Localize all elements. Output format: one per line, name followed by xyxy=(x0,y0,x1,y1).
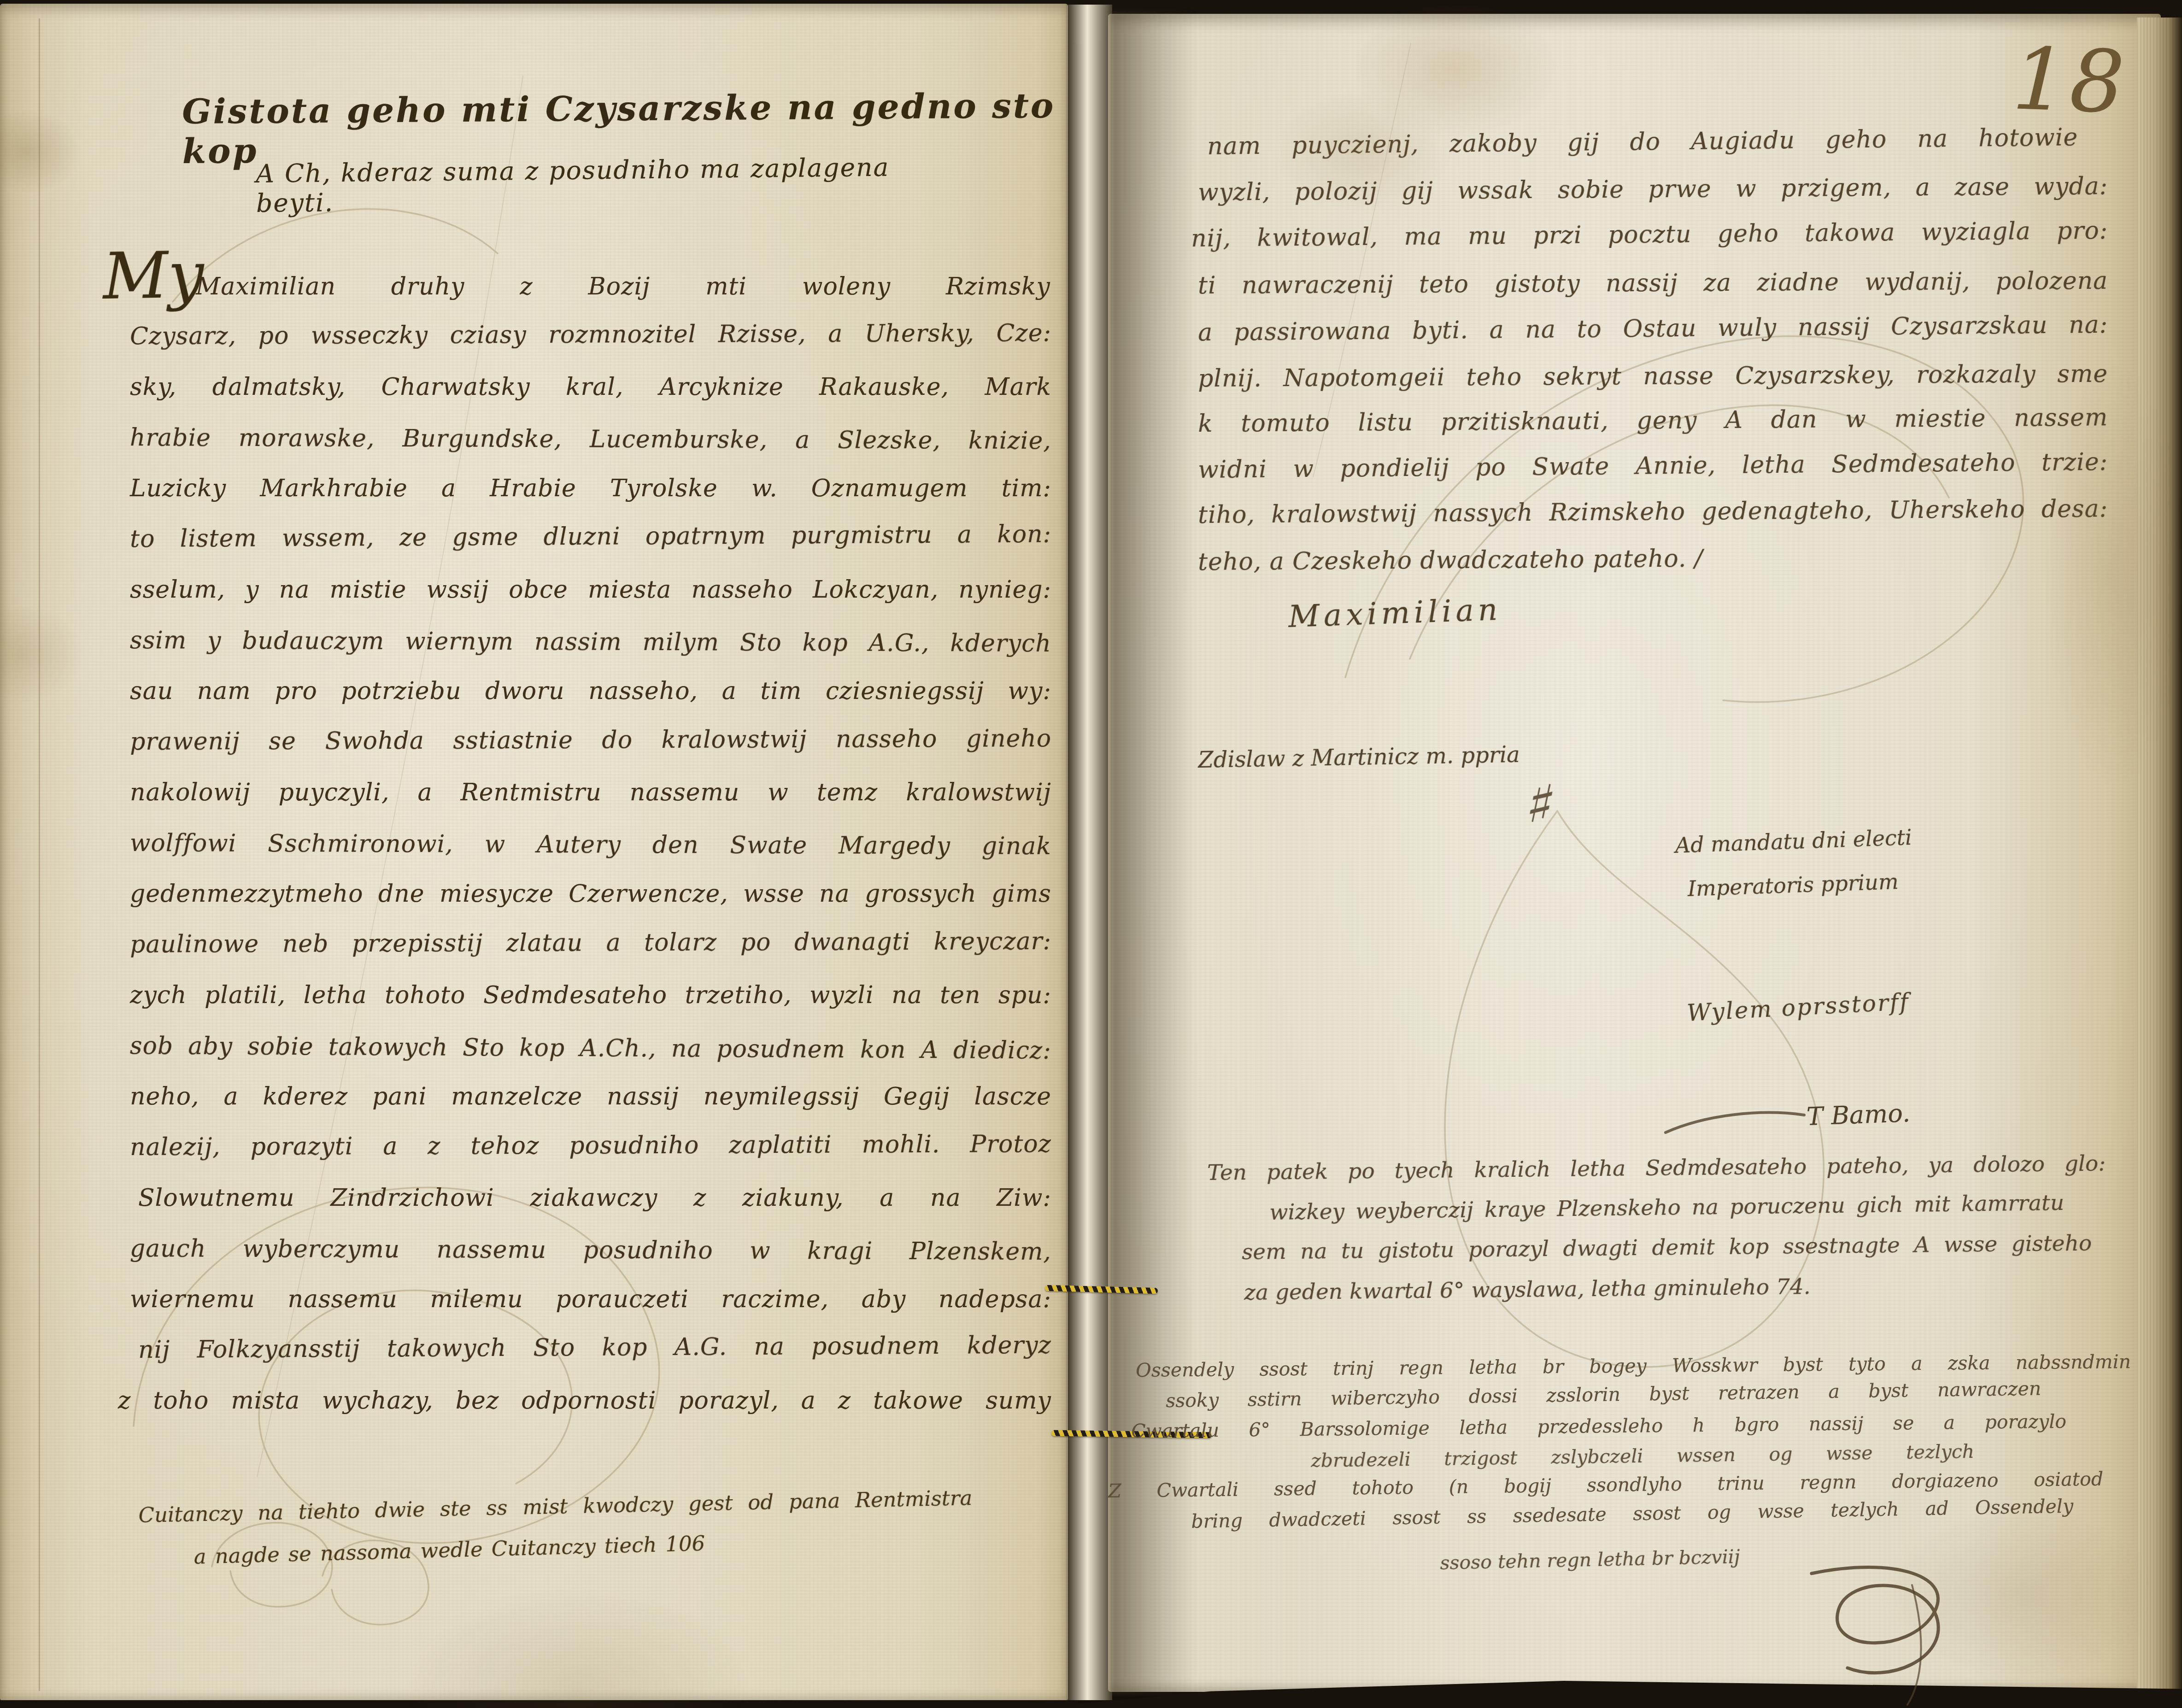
body-line: neho, a kderez pani manzelcze nassij ney… xyxy=(130,1083,1051,1110)
body-line: Slowutnemu Zindrzichowi ziakawczy z ziak… xyxy=(138,1184,1051,1212)
body-line: ssim y budauczym wiernym nassim milym St… xyxy=(130,627,1051,657)
body-line: z toho mista wychazy, bez odpornosti por… xyxy=(118,1387,1051,1415)
body-line: to listem wssem, ze gsme dluzni opatrnym… xyxy=(130,521,1051,553)
body-line: sau nam pro potrziebu dworu nasseho, a t… xyxy=(130,677,1051,705)
page-fore-edge xyxy=(2137,18,2182,1690)
body-line: teho, a Czeskeho dwadczateho pateho. / xyxy=(1198,545,1703,576)
body-line: nalezij, porazyti a z tehoz posudniho za… xyxy=(130,1130,1051,1161)
body-line: nakolowij puyczyli, a Rentmistru nassemu… xyxy=(130,779,1051,806)
body-line: sky, dalmatsky, Charwatsky kral, Arcykni… xyxy=(130,373,1051,401)
body-line: prawenij se Swohda sstiastnie do kralows… xyxy=(130,725,1051,756)
signature-maximilian: Maximilian xyxy=(1288,592,1502,634)
body-line: Czysarz, po wsseczky cziasy rozmnozitel … xyxy=(130,319,1051,350)
body-line: ti nawraczenij teto gistoty nassij za zi… xyxy=(1198,267,2108,299)
body-line: sob aby sobie takowych Sto kop A.Ch., na… xyxy=(130,1032,1051,1064)
body-line: gauch wyberczymu nassemu posudniho w kra… xyxy=(130,1235,1051,1266)
left-page-crease xyxy=(39,18,40,1691)
body-line: gedenmezzytmeho dne miesycze Czerwencze,… xyxy=(130,880,1051,908)
body-line: plnij. Napotomgeii teho sekryt nasse Czy… xyxy=(1198,360,2108,393)
body-line: wiernemu nassemu milemu porauczeti raczi… xyxy=(130,1285,1051,1313)
body-line: sselum, y na mistie wssij obce miesta na… xyxy=(130,576,1051,604)
page-number: 18 xyxy=(2011,29,2129,133)
body-line: zych platili, letha tohoto Sedmdesateho … xyxy=(130,981,1051,1009)
signature-bamo: T Bamo. xyxy=(1806,1098,1911,1131)
body-line: hrabie morawske, Burgundske, Lucemburske… xyxy=(130,424,1051,455)
large-initial: My xyxy=(102,238,205,314)
body-line: Maximilian druhy z Bozij mti woleny Rzim… xyxy=(196,273,1050,300)
body-line: nij Folkzyansstij takowych Sto kop A.G. … xyxy=(138,1332,1051,1364)
body-line: Luzicky Markhrabie a Hrabie Tyrolske w. … xyxy=(130,475,1051,502)
binding-gutter-fold xyxy=(1066,5,1112,1700)
manuscript-book-spread: Gistota geho mti Czysarzske na gedno sto… xyxy=(0,0,2182,1708)
body-line: wolffowi Sschmironowi, w Autery den Swat… xyxy=(130,829,1051,860)
book-cover-edge-bottom-left xyxy=(0,1700,1078,1708)
document-heading-line: A Ch, kderaz suma z posudniho ma zaplage… xyxy=(256,153,890,218)
body-line: paulinowe neb przepisstij zlatau a tolar… xyxy=(130,927,1051,958)
